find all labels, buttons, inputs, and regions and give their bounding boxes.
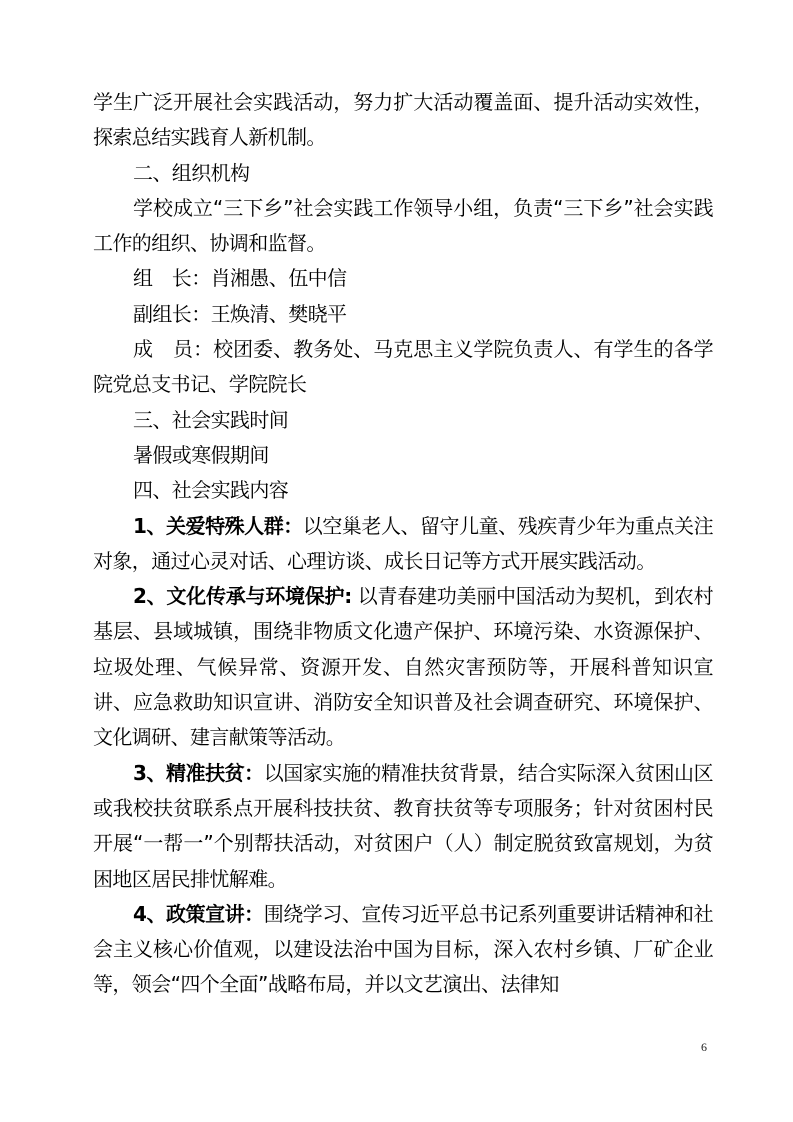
paragraph-item-3: 3、精准扶贫：以国家实施的精准扶贫背景，结合实际深入贫困山区或我校扶贫联系点开展… xyxy=(93,756,713,897)
paragraph-text: 组 长：肖湘愚、伍中信 xyxy=(133,266,346,290)
paragraph-text: 成 员：校团委、教务处、马克思主义学院负责人、有学生的各学院党总支书记、学院院长 xyxy=(93,337,713,396)
heading-practice-time: 三、社会实践时间 xyxy=(93,403,713,438)
paragraph-text: 暑假或寒假期间 xyxy=(133,443,269,467)
item-lead: 3、精准扶贫： xyxy=(133,761,264,785)
paragraph-item-1: 1、关爱特殊人群：以空巢老人、留守儿童、残疾青少年为重点关注对象，通过心灵对话、… xyxy=(93,509,713,580)
heading-text: 二、组织机构 xyxy=(133,161,249,185)
paragraph-members: 成 员：校团委、教务处、马克思主义学院负责人、有学生的各学院党总支书记、学院院长 xyxy=(93,332,713,403)
item-lead: 1、关爱特殊人群： xyxy=(133,514,303,538)
paragraph-leadership-group: 学校成立“三下乡”社会实践工作领导小组，负责“三下乡”社会实践工作的组织、协调和… xyxy=(93,191,713,262)
heading-practice-content: 四、社会实践内容 xyxy=(93,473,713,508)
item-lead: 4、政策宣讲： xyxy=(133,902,264,926)
heading-text: 三、社会实践时间 xyxy=(133,408,288,432)
paragraph-practice-time: 暑假或寒假期间 xyxy=(93,438,713,473)
paragraph-text: 副组长：王焕清、樊晓平 xyxy=(133,302,346,326)
paragraph-text: 学校成立“三下乡”社会实践工作领导小组，负责“三下乡”社会实践工作的组织、协调和… xyxy=(93,196,713,255)
paragraph-group-leader: 组 长：肖湘愚、伍中信 xyxy=(93,261,713,296)
document-body: 学生广泛开展社会实践活动，努力扩大活动覆盖面、提升活动实效性，探索总结实践育人新… xyxy=(93,85,713,1003)
paragraph-text: 以青春建功美丽中国活动为契机，到农村基层、县域城镇，围绕非物质文化遗产保护、环境… xyxy=(93,584,713,749)
heading-organization: 二、组织机构 xyxy=(93,156,713,191)
item-lead: 2、文化传承与环境保护: xyxy=(133,584,352,608)
heading-text: 四、社会实践内容 xyxy=(133,478,288,502)
page-number: 6 xyxy=(701,1040,707,1055)
paragraph-text: 学生广泛开展社会实践活动，努力扩大活动覆盖面、提升活动实效性，探索总结实践育人新… xyxy=(93,90,713,149)
paragraph-intro-continuation: 学生广泛开展社会实践活动，努力扩大活动覆盖面、提升活动实效性，探索总结实践育人新… xyxy=(93,85,713,156)
paragraph-deputy-leader: 副组长：王焕清、樊晓平 xyxy=(93,297,713,332)
paragraph-item-2: 2、文化传承与环境保护: 以青春建功美丽中国活动为契机，到农村基层、县域城镇，围… xyxy=(93,579,713,755)
paragraph-item-4: 4、政策宣讲：围绕学习、宣传习近平总书记系列重要讲话精神和社会主义核心价值观，以… xyxy=(93,897,713,1003)
